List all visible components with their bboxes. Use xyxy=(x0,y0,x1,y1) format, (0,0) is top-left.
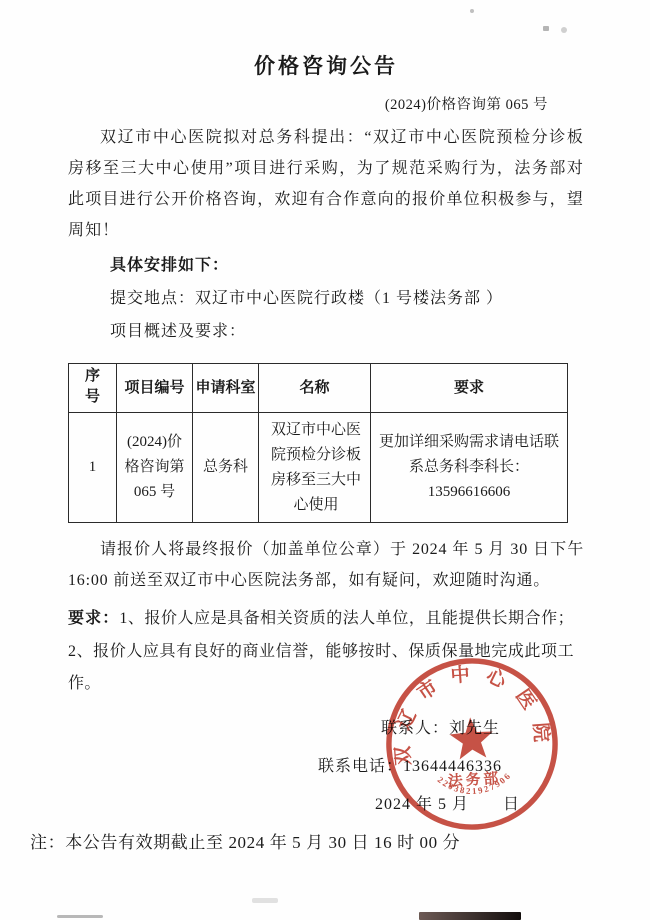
cell-project-no: (2024)价格咨询第 065 号 xyxy=(117,413,193,523)
document-content: 价格咨询公告 (2024)价格咨询第 065 号 双辽市中心医院拟对总务科提出：… xyxy=(0,50,650,859)
contact-person-line: 联系人：刘先生 xyxy=(68,710,584,748)
cell-department: 总务科 xyxy=(193,413,259,523)
scanned-document-page: 价格咨询公告 (2024)价格咨询第 065 号 双辽市中心医院拟对总务科提出：… xyxy=(0,0,650,920)
scan-speck xyxy=(543,26,549,31)
cell-name: 双辽市中心医院预检分诊板房移至三大中心使用 xyxy=(259,413,371,523)
cell-seq: 1 xyxy=(69,413,117,523)
cell-requirement: 更加详细采购需求请电话联系总务科李科长：13596616606 xyxy=(371,413,568,523)
intro-paragraph: 双辽市中心医院拟对总务科提出：“双辽市中心医院预检分诊板房移至三大中心使用”项目… xyxy=(68,122,584,246)
page-title: 价格咨询公告 xyxy=(68,50,584,80)
scan-speck xyxy=(561,27,567,33)
footer-note: 注：本公告有效期截止至 2024 年 5 月 30 日 16 时 00 分 xyxy=(30,827,584,859)
project-table: 序号 项目编号 申请科室 名称 要求 1 (2024)价格咨询第 065 号 总… xyxy=(68,363,568,523)
scan-smudge xyxy=(252,898,278,903)
requirements-label: 要求： xyxy=(68,610,119,627)
submit-location-line: 提交地点：双辽市中心医院行政楼（1 号楼法务部 ） xyxy=(110,282,584,315)
arrangement-heading: 具体安排如下： xyxy=(110,249,584,282)
requirements-paragraph: 要求：1、报价人应是具备相关资质的法人单位，且能提供长期合作；2、报价人应具有良… xyxy=(68,603,584,701)
column-header-name: 名称 xyxy=(259,364,371,413)
deadline-paragraph: 请报价人将最终报价（加盖单位公章）于 2024 年 5 月 30 日下午 16:… xyxy=(68,534,584,596)
contact-phone-line: 联系电话：13644446336 xyxy=(68,748,584,786)
sign-date-line: 2024 年 5 月 日 xyxy=(68,786,584,824)
column-header-requirement: 要求 xyxy=(371,364,568,413)
doc-number: (2024)价格咨询第 065 号 xyxy=(68,93,584,114)
scan-edge-mark xyxy=(57,915,103,918)
table-row: 1 (2024)价格咨询第 065 号 总务科 双辽市中心医院预检分诊板房移至三… xyxy=(69,413,568,523)
scan-edge-mark xyxy=(419,912,521,920)
column-header-seq: 序号 xyxy=(69,364,117,413)
contact-block: 联系人：刘先生 联系电话：13644446336 2024 年 5 月 日 xyxy=(68,710,584,824)
overview-heading: 项目概述及要求： xyxy=(110,315,584,348)
scan-speck xyxy=(470,9,474,13)
table-header-row: 序号 项目编号 申请科室 名称 要求 xyxy=(69,364,568,413)
requirements-text: 1、报价人应是具备相关资质的法人单位，且能提供长期合作；2、报价人应具有良好的商… xyxy=(68,610,574,692)
column-header-project-no: 项目编号 xyxy=(117,364,193,413)
column-header-department: 申请科室 xyxy=(193,364,259,413)
